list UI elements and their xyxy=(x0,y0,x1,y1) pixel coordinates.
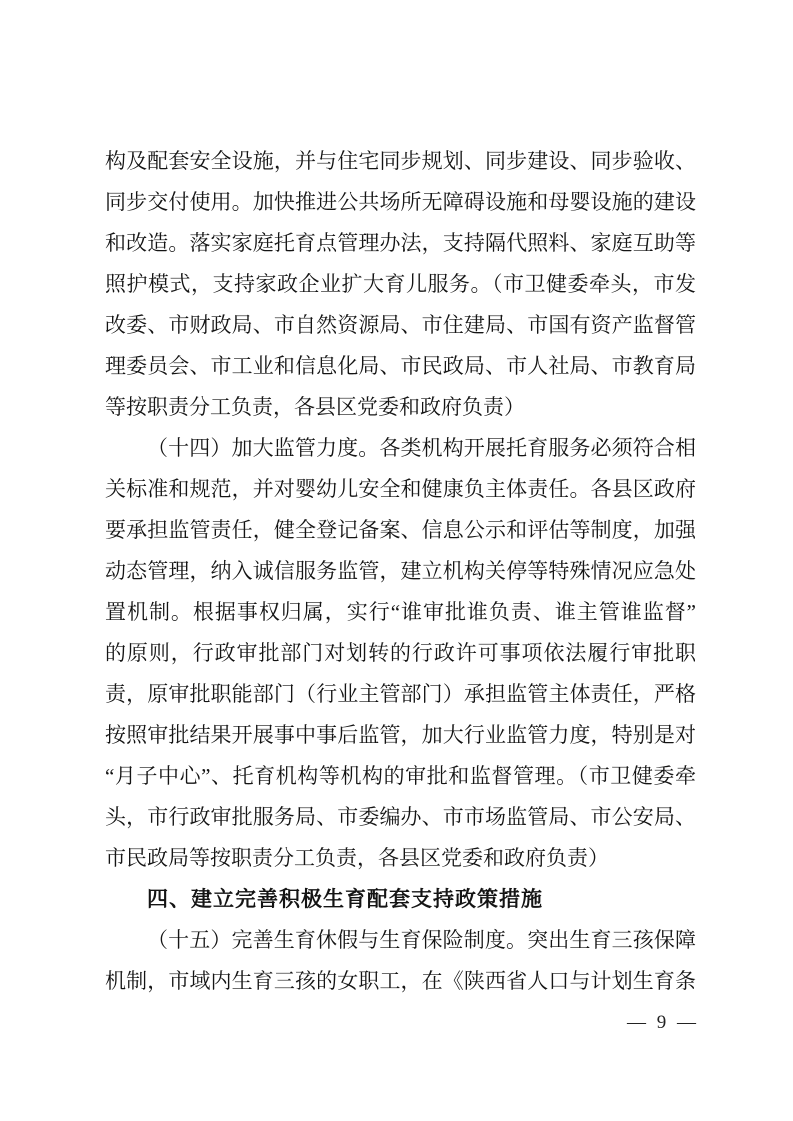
text-line: 动态管理，纳入诚信服务监管，建立机构关停等特殊情况应急处 xyxy=(105,551,696,592)
section-heading: 四、建立完善积极生育配套支持政策措施 xyxy=(105,879,696,920)
text-line: 置机制。根据事权归属，实行“谁审批谁负责、谁主管谁监督” xyxy=(105,592,696,633)
text-line: 等按职责分工负责，各县区党委和政府负责） xyxy=(105,387,696,428)
page-number: — 9 — xyxy=(627,1008,699,1038)
text-line: 机制，市域内生育三孩的女职工，在《陕西省人口与计划生育条 xyxy=(105,961,696,1002)
text-line: 照护模式，支持家政企业扩大育儿服务。（市卫健委牵头，市发 xyxy=(105,264,696,305)
text-line: （十五）完善生育休假与生育保险制度。突出生育三孩保障 xyxy=(105,920,696,961)
text-line: 构及配套安全设施，并与住宅同步规划、同步建设、同步验收、 xyxy=(105,141,696,182)
text-line: 同步交付使用。加快推进公共场所无障碍设施和母婴设施的建设 xyxy=(105,182,696,223)
document-body: 构及配套安全设施，并与住宅同步规划、同步建设、同步验收、 同步交付使用。加快推进… xyxy=(105,141,696,1002)
text-line: （十四）加大监管力度。各类机构开展托育服务必须符合相 xyxy=(105,428,696,469)
text-line: 关标准和规范，并对婴幼儿安全和健康负主体责任。各县区政府 xyxy=(105,469,696,510)
text-line: 按照审批结果开展事中事后监管，加大行业监管力度，特别是对 xyxy=(105,715,696,756)
text-line: “月子中心”、托育机构等机构的审批和监督管理。（市卫健委牵 xyxy=(105,756,696,797)
text-line: 市民政局等按职责分工负责，各县区党委和政府负责） xyxy=(105,838,696,879)
text-line: 的原则，行政审批部门对划转的行政许可事项依法履行审批职 xyxy=(105,633,696,674)
text-line: 头，市行政审批服务局、市委编办、市市场监管局、市公安局、 xyxy=(105,797,696,838)
text-line: 理委员会、市工业和信息化局、市民政局、市人社局、市教育局 xyxy=(105,346,696,387)
text-line: 和改造。落实家庭托育点管理办法，支持隔代照料、家庭互助等 xyxy=(105,223,696,264)
text-line: 责，原审批职能部门（行业主管部门）承担监管主体责任，严格 xyxy=(105,674,696,715)
text-line: 改委、市财政局、市自然资源局、市住建局、市国有资产监督管 xyxy=(105,305,696,346)
text-line: 要承担监管责任，健全登记备案、信息公示和评估等制度，加强 xyxy=(105,510,696,551)
document-page: 构及配套安全设施，并与住宅同步规划、同步建设、同步验收、 同步交付使用。加快推进… xyxy=(0,0,793,1121)
